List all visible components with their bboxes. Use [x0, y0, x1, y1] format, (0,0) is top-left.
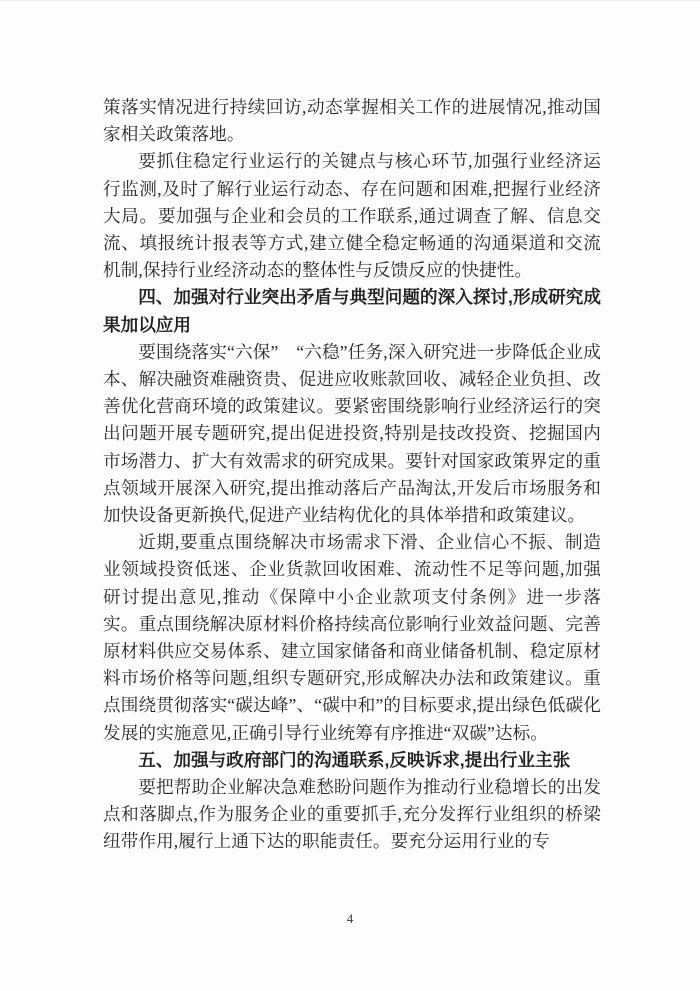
page-number: 4 — [0, 911, 700, 927]
section-heading-4: 四、加强对行业突出矛盾与典型问题的深入探讨,形成研究成果加以应用 — [103, 284, 601, 338]
paragraph: 要围绕落实“六保” “六稳”任务,深入研究进一步降低企业成本、解决融资难融资贵、… — [103, 339, 601, 529]
paragraph: 近期,要重点围绕解决市场需求下滑、企业信心不振、制造业领域投资低迷、企业货款回收… — [103, 529, 601, 747]
paragraph: 要抓住稳定行业运行的关键点与核心环节,加强行业经济运行监测,及时了解行业运行动态… — [103, 148, 601, 284]
section-heading-5: 五、加强与政府部门的沟通联系,反映诉求,提出行业主张 — [103, 747, 601, 774]
paragraph-continuation: 策落实情况进行持续回访,动态掌握相关工作的进展情况,推动国家相关政策落地。 — [103, 94, 601, 148]
page-content: 策落实情况进行持续回访,动态掌握相关工作的进展情况,推动国家相关政策落地。 要抓… — [103, 94, 601, 856]
paragraph: 要把帮助企业解决急难愁盼问题作为推动行业稳增长的出发点和落脚点,作为服务企业的重… — [103, 774, 601, 856]
document-page: 策落实情况进行持续回访,动态掌握相关工作的进展情况,推动国家相关政策落地。 要抓… — [0, 0, 700, 991]
